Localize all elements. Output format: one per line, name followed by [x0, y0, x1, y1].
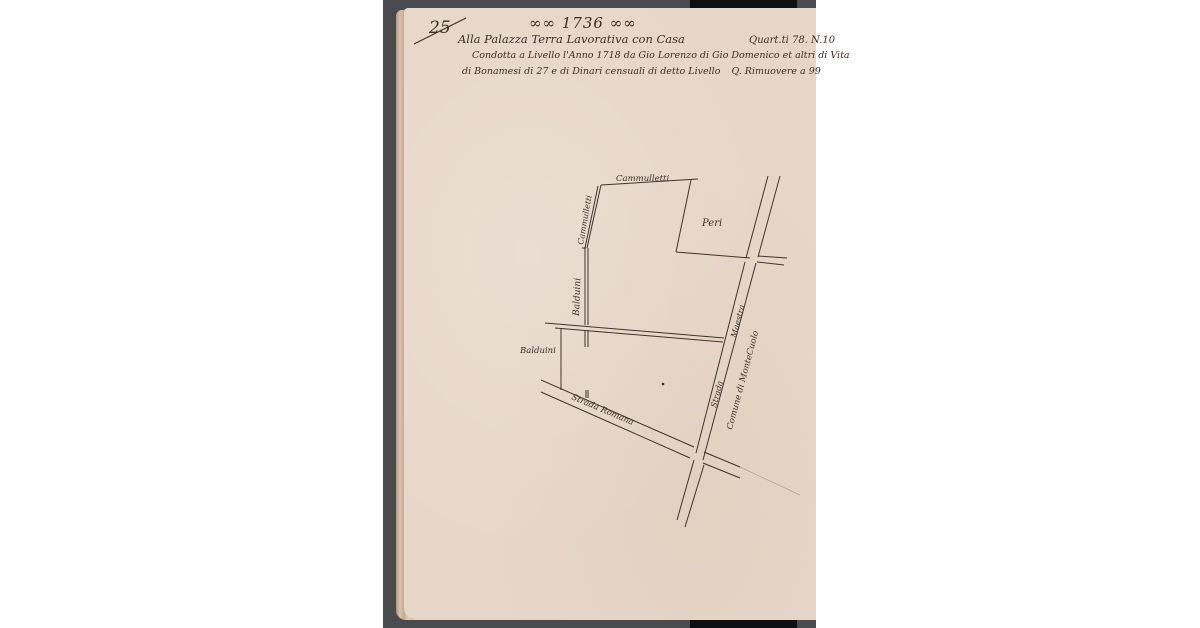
- ink-dot: [662, 383, 665, 386]
- label-balduini-vertical: Balduini: [572, 278, 583, 317]
- label-cammulletti-top: Cammulletti: [616, 174, 669, 184]
- label-peri: Peri: [701, 218, 722, 229]
- property-map: Cammulletti Cammulletti Peri Balduini Ba…: [404, 8, 816, 618]
- label-strada-romana: Strada Romana: [570, 393, 635, 428]
- scan-bottom-shadow: [690, 619, 797, 628]
- manuscript-page: 25 ∞∞ 1736 ∞∞ Alla Palazza Terra Lavorat…: [404, 8, 816, 618]
- scan-background: 25 ∞∞ 1736 ∞∞ Alla Palazza Terra Lavorat…: [383, 0, 816, 628]
- label-balduini-left: Balduini: [519, 346, 556, 356]
- label-maestra: Maestra: [729, 304, 747, 340]
- label-comune: Comune di MonteCuolo: [725, 330, 761, 431]
- label-strada: Strada: [709, 380, 725, 409]
